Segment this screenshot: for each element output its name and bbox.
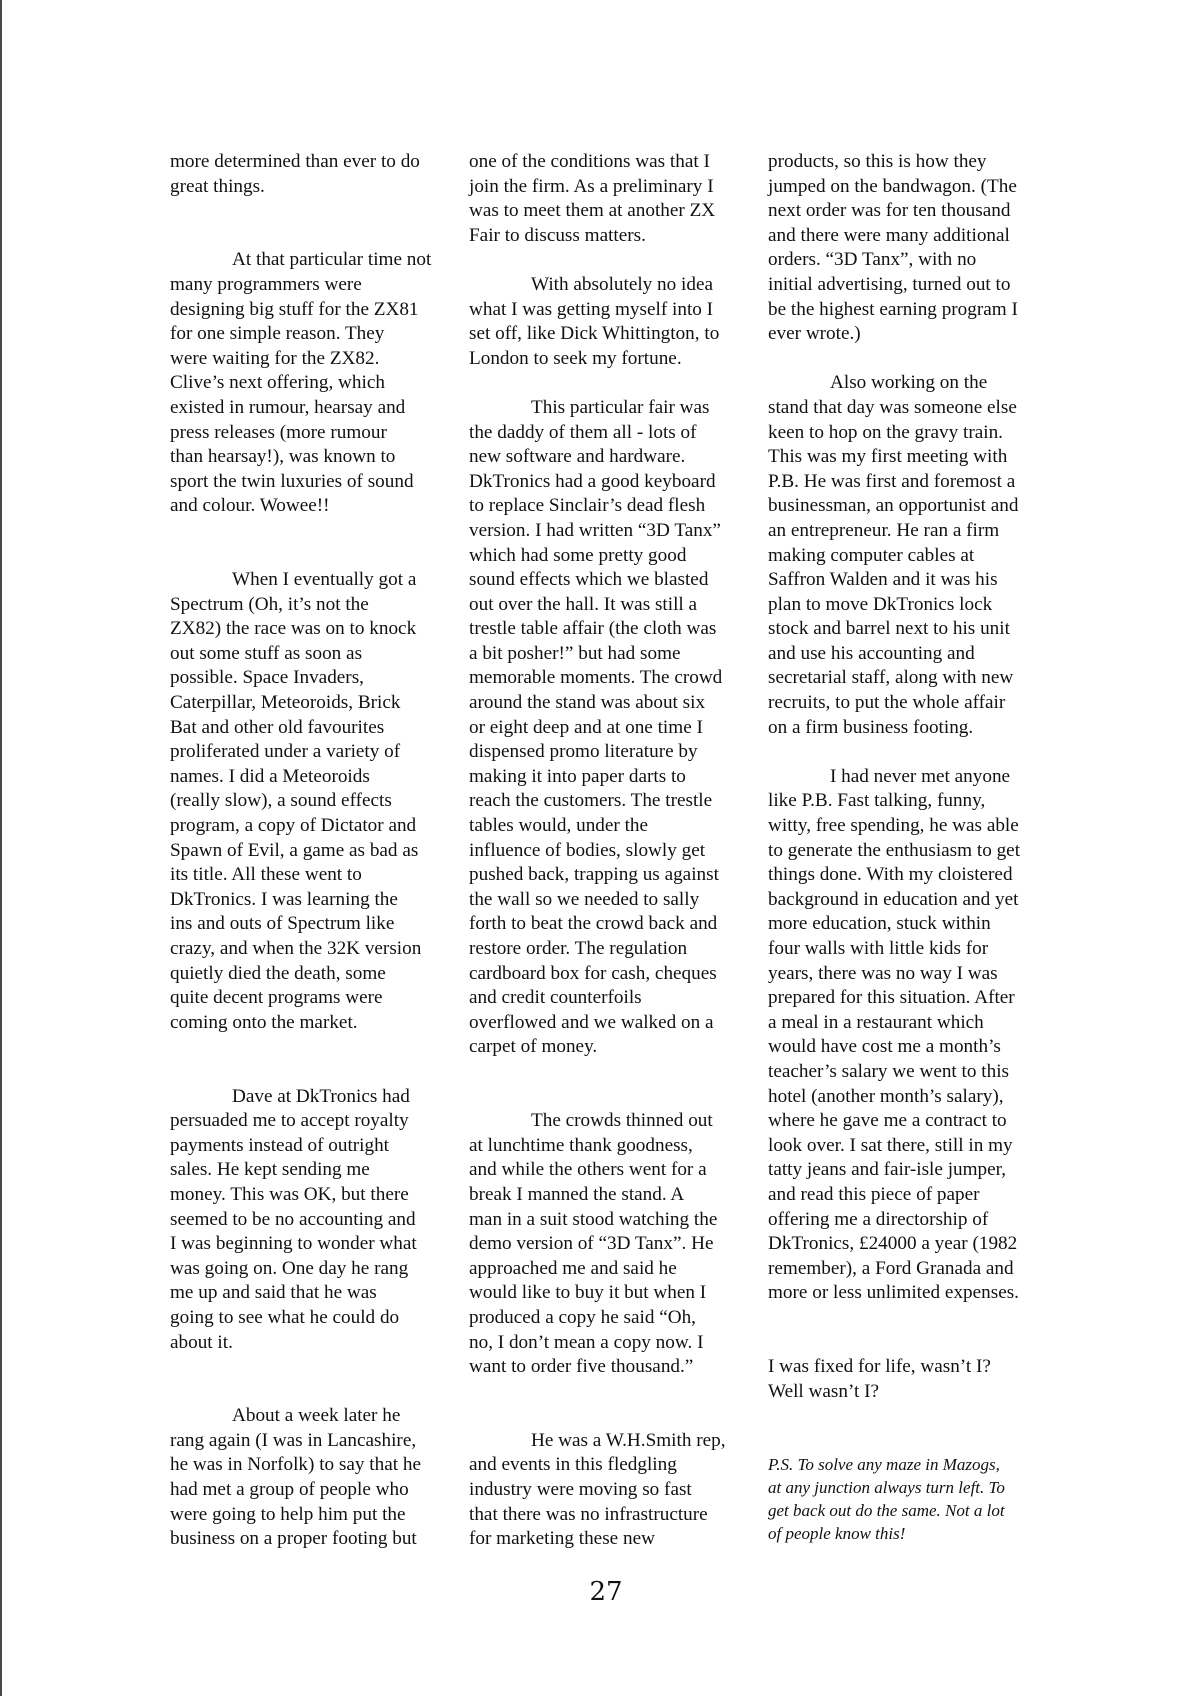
text-line: keen to hop on the gravy train. (768, 421, 1058, 446)
text-line: around the stand was about six (469, 691, 759, 716)
text-line: industry were moving so fast (469, 1478, 759, 1503)
text-line: He was a W.H.Smith rep, (469, 1429, 759, 1454)
text-line: approached me and said he (469, 1257, 759, 1282)
text-line: At that particular time not (170, 248, 460, 273)
text-line: pushed back, trapping us against (469, 863, 759, 888)
text-line: be the highest earning program I (768, 298, 1058, 323)
text-line: Dave at DkTronics had (170, 1085, 460, 1110)
postscript-note: P.S. To solve any maze in Mazogs, at any… (768, 1453, 1058, 1545)
text-line: The crowds thinned out (469, 1109, 759, 1134)
text-line: would have cost me a month’s (768, 1035, 1058, 1060)
text-line: and while the others went for a (469, 1158, 759, 1183)
text-line: would like to buy it but when I (469, 1281, 759, 1306)
text-line: money. This was OK, but there (170, 1183, 460, 1208)
text-line: (really slow), a sound effects (170, 789, 460, 814)
paragraph: one of the conditions was that I join th… (469, 150, 759, 248)
text-line: London to seek my fortune. (469, 347, 759, 372)
paragraph: When I eventually got a Spectrum (Oh, it… (170, 568, 460, 1035)
page-number: 27 (0, 1577, 1200, 1607)
text-line: break I manned the stand. A (469, 1183, 759, 1208)
text-line: new software and hardware. (469, 445, 759, 470)
text-line: ever wrote.) (768, 322, 1058, 347)
text-line: he was in Norfolk) to say that he (170, 1453, 460, 1478)
text-line: what I was getting myself into I (469, 298, 759, 323)
text-line: About a week later he (170, 1404, 460, 1429)
text-line: more education, stuck within (768, 912, 1058, 937)
text-line: going to see what he could do (170, 1306, 460, 1331)
text-line: at lunchtime thank goodness, (469, 1134, 759, 1159)
text-line: sound effects which we blasted (469, 568, 759, 593)
paragraph: About a week later he rang again (I was … (170, 1404, 460, 1552)
text-line: about it. (170, 1331, 460, 1356)
text-line: When I eventually got a (170, 568, 460, 593)
text-line: hotel (another month’s salary), (768, 1085, 1058, 1110)
text-column-1: more determined than ever to do great th… (170, 150, 460, 1552)
text-line: offering me a directorship of (768, 1208, 1058, 1233)
text-line: and credit counterfoils (469, 986, 759, 1011)
text-line: orders. “3D Tanx”, with no (768, 248, 1058, 273)
text-line: coming onto the market. (170, 1011, 460, 1036)
paragraph: At that particular time not many program… (170, 248, 460, 519)
text-line: restore order. The regulation (469, 937, 759, 962)
text-line: influence of bodies, slowly get (469, 839, 759, 864)
text-line: witty, free spending, he was able (768, 814, 1058, 839)
text-line: seemed to be no accounting and (170, 1208, 460, 1233)
text-line: names. I did a Meteoroids (170, 765, 460, 790)
text-line: P.S. To solve any maze in Mazogs, (768, 1453, 1058, 1476)
text-line: a bit posher!” but had some (469, 642, 759, 667)
text-line: quietly died the death, some (170, 962, 460, 987)
text-line: many programmers were (170, 273, 460, 298)
text-line: to replace Sinclair’s dead flesh (469, 494, 759, 519)
paragraph: This particular fair was the daddy of th… (469, 396, 759, 1060)
text-line: more or less unlimited expenses. (768, 1281, 1058, 1306)
text-line: years, there was no way I was (768, 962, 1058, 987)
text-line: were waiting for the ZX82. (170, 347, 460, 372)
text-line: press releases (more rumour (170, 421, 460, 446)
text-line: businessman, an opportunist and (768, 494, 1058, 519)
text-line: join the firm. As a preliminary I (469, 175, 759, 200)
text-line: and use his accounting and (768, 642, 1058, 667)
text-line: cardboard box for cash, cheques (469, 962, 759, 987)
text-line: designing big stuff for the ZX81 (170, 298, 460, 323)
text-line: persuaded me to accept royalty (170, 1109, 460, 1134)
text-line: produced a copy he said “Oh, (469, 1306, 759, 1331)
text-line: the wall so we needed to sally (469, 888, 759, 913)
text-line: was to meet them at another ZX (469, 199, 759, 224)
paragraph: I had never met anyone like P.B. Fast ta… (768, 765, 1058, 1306)
text-line: DkTronics, £24000 a year (1982 (768, 1232, 1058, 1257)
text-line: stock and barrel next to his unit (768, 617, 1058, 642)
text-line: a meal in a restaurant which (768, 1011, 1058, 1036)
text-line: great things. (170, 175, 460, 200)
text-line: rang again (I was in Lancashire, (170, 1429, 460, 1454)
text-line: tables would, under the (469, 814, 759, 839)
text-column-3: products, so this is how they jumped on … (768, 150, 1058, 1545)
text-line: and there were many additional (768, 224, 1058, 249)
text-line: one of the conditions was that I (469, 150, 759, 175)
paragraph: Also working on the stand that day was s… (768, 371, 1058, 740)
text-line: me up and said that he was (170, 1281, 460, 1306)
text-line: had met a group of people who (170, 1478, 460, 1503)
text-line: DkTronics. I was learning the (170, 888, 460, 913)
text-line: version. I had written “3D Tanx” (469, 519, 759, 544)
text-line: overflowed and we walked on a (469, 1011, 759, 1036)
text-line: memorable moments. The crowd (469, 666, 759, 691)
text-line: where he gave me a contract to (768, 1109, 1058, 1134)
text-line: was going on. One day he rang (170, 1257, 460, 1282)
text-line: jumped on the bandwagon. (The (768, 175, 1058, 200)
text-column-2: one of the conditions was that I join th… (469, 150, 759, 1552)
text-line: next order was for ten thousand (768, 199, 1058, 224)
text-line: teacher’s salary we went to this (768, 1060, 1058, 1085)
page-left-border (0, 0, 2, 1696)
text-line: forth to beat the crowd back and (469, 912, 759, 937)
text-line: look over. I sat there, still in my (768, 1134, 1058, 1159)
paragraph: I was fixed for life, wasn’t I? Well was… (768, 1355, 1058, 1404)
text-line: payments instead of outright (170, 1134, 460, 1159)
text-line: Clive’s next offering, which (170, 371, 460, 396)
text-line: which had some pretty good (469, 544, 759, 569)
text-line: at any junction always turn left. To (768, 1476, 1058, 1499)
text-line: set off, like Dick Whittington, to (469, 322, 759, 347)
text-line: proliferated under a variety of (170, 740, 460, 765)
text-line: business on a proper footing but (170, 1527, 460, 1552)
text-line: dispensed promo literature by (469, 740, 759, 765)
text-line: carpet of money. (469, 1035, 759, 1060)
text-line: out some stuff as soon as (170, 642, 460, 667)
text-line: I was fixed for life, wasn’t I? (768, 1355, 1058, 1380)
text-line: This particular fair was (469, 396, 759, 421)
text-line: Fair to discuss matters. (469, 224, 759, 249)
text-line: prepared for this situation. After (768, 986, 1058, 1011)
text-line: existed in rumour, hearsay and (170, 396, 460, 421)
text-line: reach the customers. The trestle (469, 789, 759, 814)
text-line: than hearsay!), was known to (170, 445, 460, 470)
paragraph: With absolutely no idea what I was getti… (469, 273, 759, 371)
paragraph: products, so this is how they jumped on … (768, 150, 1058, 347)
text-line: plan to move DkTronics lock (768, 593, 1058, 618)
text-line: secretarial staff, along with new (768, 666, 1058, 691)
text-line: Spawn of Evil, a game as bad as (170, 839, 460, 864)
text-line: no, I don’t mean a copy now. I (469, 1331, 759, 1356)
text-line: demo version of “3D Tanx”. He (469, 1232, 759, 1257)
text-line: the daddy of them all - lots of (469, 421, 759, 446)
text-line: or eight deep and at one time I (469, 716, 759, 741)
text-line: get back out do the same. Not a lot (768, 1499, 1058, 1522)
text-line: want to order five thousand.” (469, 1355, 759, 1380)
text-line: its title. All these went to (170, 863, 460, 888)
text-line: I had never met anyone (768, 765, 1058, 790)
text-line: initial advertising, turned out to (768, 273, 1058, 298)
text-line: of people know this! (768, 1522, 1058, 1545)
text-line: on a firm business footing. (768, 716, 1058, 741)
text-line: trestle table affair (the cloth was (469, 617, 759, 642)
text-line: Spectrum (Oh, it’s not the (170, 593, 460, 618)
text-line: products, so this is how they (768, 150, 1058, 175)
text-line: Well wasn’t I? (768, 1380, 1058, 1405)
text-line: things done. With my cloistered (768, 863, 1058, 888)
text-line: for marketing these new (469, 1527, 759, 1552)
text-line: ins and outs of Spectrum like (170, 912, 460, 937)
text-line: an entrepreneur. He ran a firm (768, 519, 1058, 544)
text-line: and read this piece of paper (768, 1183, 1058, 1208)
text-line: stand that day was someone else (768, 396, 1058, 421)
paragraph: He was a W.H.Smith rep, and events in th… (469, 1429, 759, 1552)
text-line: remember), a Ford Granada and (768, 1257, 1058, 1282)
text-line: Caterpillar, Meteoroids, Brick (170, 691, 460, 716)
text-line: crazy, and when the 32K version (170, 937, 460, 962)
paragraph: The crowds thinned out at lunchtime than… (469, 1109, 759, 1380)
text-line: man in a suit stood watching the (469, 1208, 759, 1233)
text-line: that there was no infrastructure (469, 1503, 759, 1528)
text-line: Also working on the (768, 371, 1058, 396)
text-line: making computer cables at (768, 544, 1058, 569)
text-line: Bat and other old favourites (170, 716, 460, 741)
text-line: tatty jeans and fair-isle jumper, (768, 1158, 1058, 1183)
text-line: sport the twin luxuries of sound (170, 470, 460, 495)
text-line: quite decent programs were (170, 986, 460, 1011)
text-line: like P.B. Fast talking, funny, (768, 789, 1058, 814)
paragraph: Dave at DkTronics had persuaded me to ac… (170, 1085, 460, 1356)
text-line: P.B. He was first and foremost a (768, 470, 1058, 495)
paragraph: more determined than ever to do great th… (170, 150, 460, 199)
text-line: to generate the enthusiasm to get (768, 839, 1058, 864)
text-line: sales. He kept sending me (170, 1158, 460, 1183)
text-line: making it into paper darts to (469, 765, 759, 790)
text-line: and events in this fledgling (469, 1453, 759, 1478)
text-line: I was beginning to wonder what (170, 1232, 460, 1257)
text-line: possible. Space Invaders, (170, 666, 460, 691)
text-line: This was my first meeting with (768, 445, 1058, 470)
text-line: background in education and yet (768, 888, 1058, 913)
text-line: Saffron Walden and it was his (768, 568, 1058, 593)
text-line: With absolutely no idea (469, 273, 759, 298)
text-line: more determined than ever to do (170, 150, 460, 175)
text-line: recruits, to put the whole affair (768, 691, 1058, 716)
text-line: for one simple reason. They (170, 322, 460, 347)
text-line: and colour. Wowee!! (170, 494, 460, 519)
text-line: were going to help him put the (170, 1503, 460, 1528)
text-line: four walls with little kids for (768, 937, 1058, 962)
text-line: out over the hall. It was still a (469, 593, 759, 618)
text-line: program, a copy of Dictator and (170, 814, 460, 839)
text-line: ZX82) the race was on to knock (170, 617, 460, 642)
text-line: DkTronics had a good keyboard (469, 470, 759, 495)
